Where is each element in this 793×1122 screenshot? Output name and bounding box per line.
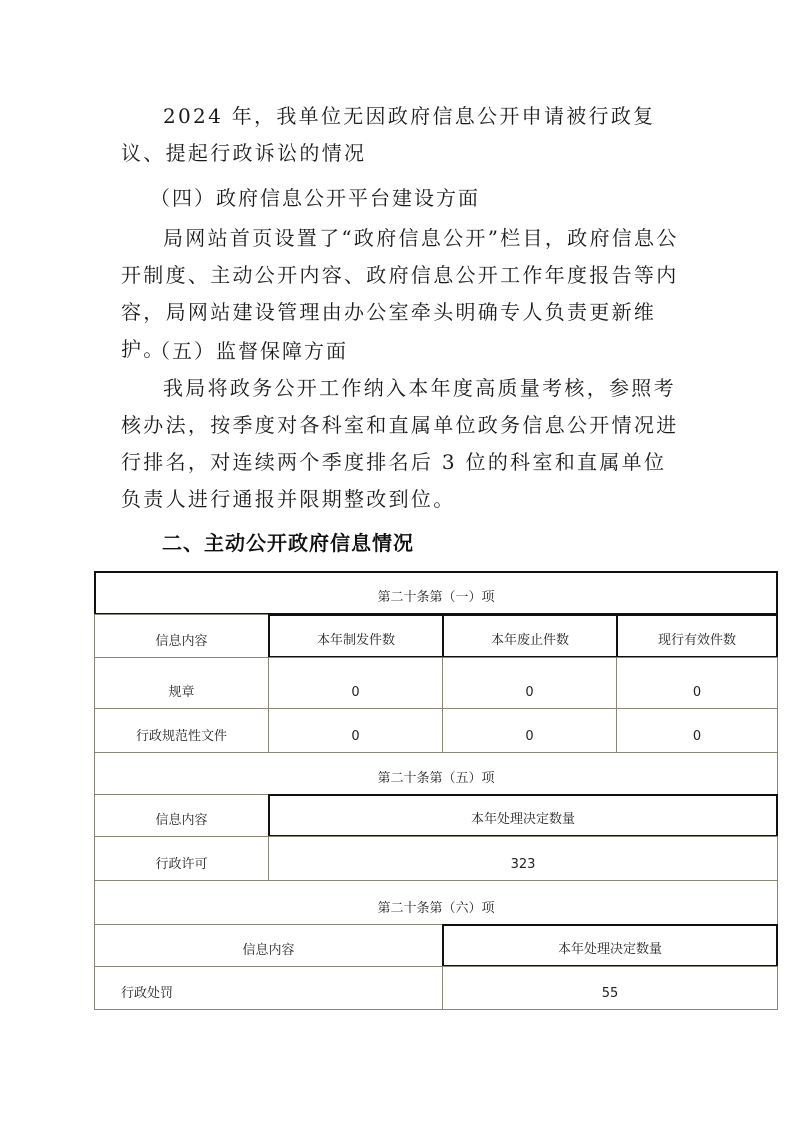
- table-row-label-regulations: 规章: [94, 657, 269, 709]
- table-header-abolished-count: 本年废止件数: [442, 614, 618, 658]
- subheading-supervision: （五）监督保障方面: [150, 333, 348, 370]
- table-cell-administrative-license-count: 323: [268, 836, 778, 881]
- table-cell-normative-valid: 0: [616, 708, 778, 753]
- paragraph-no-review-litigation: 2024 年，我单位无因政府信息公开申请被行政复议、提起行政诉讼的情况: [121, 98, 681, 172]
- table-cell-normative-issued: 0: [268, 708, 443, 753]
- table-cell-regulations-abolished: 0: [442, 657, 617, 709]
- table-header-info-content: 信息内容: [94, 614, 269, 658]
- table-cell-regulations-valid: 0: [616, 657, 778, 709]
- table-section-title-1: 第二十条第（一）项: [94, 571, 778, 615]
- document-page: 2024 年，我单位无因政府信息公开申请被行政复议、提起行政诉讼的情况 （四）政…: [0, 0, 793, 1122]
- table-cell-administrative-penalty-count: 55: [442, 966, 778, 1010]
- table-header-info-content-5: 信息内容: [94, 794, 269, 837]
- table-header-decision-count-6: 本年处理决定数量: [442, 924, 778, 967]
- paragraph-supervision: 我局将政务公开工作纳入本年度高质量考核，参照考核办法，按季度对各科室和直属单位政…: [121, 370, 681, 518]
- table-header-valid-count: 现行有效件数: [616, 614, 778, 658]
- table-header-info-content-6: 信息内容: [94, 924, 443, 967]
- disclosure-table: 第二十条第（一）项 信息内容 本年制发件数 本年废止件数 现行有效件数 规章 0…: [94, 571, 778, 1010]
- table-section-title-6: 第二十条第（六）项: [94, 880, 778, 925]
- table-cell-regulations-issued: 0: [268, 657, 443, 709]
- table-row-label-administrative-penalty: 行政处罚: [94, 966, 443, 1010]
- subheading-platform-construction: （四）政府信息公开平台建设方面: [150, 180, 480, 217]
- table-header-decision-count-5: 本年处理决定数量: [268, 794, 778, 837]
- table-header-issued-count: 本年制发件数: [268, 614, 444, 658]
- table-row-label-normative-documents: 行政规范性文件: [94, 708, 269, 753]
- table-cell-normative-abolished: 0: [442, 708, 617, 753]
- table-section-title-5: 第二十条第（五）项: [94, 752, 778, 795]
- section-heading-proactive-disclosure: 二、主动公开政府信息情况: [162, 527, 414, 556]
- table-row-label-administrative-license: 行政许可: [94, 836, 269, 881]
